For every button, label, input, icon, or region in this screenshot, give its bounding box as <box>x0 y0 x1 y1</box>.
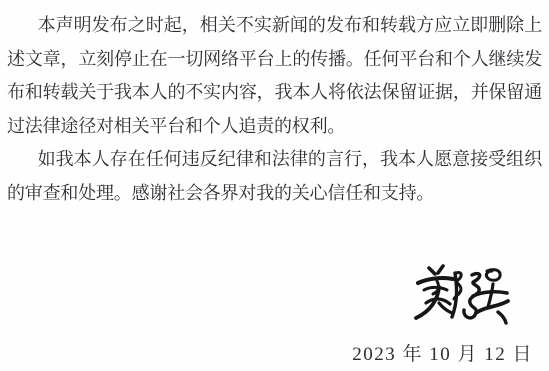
statement-body: 本声明发布之时起，相关不实新闻的发布和转载方应立即删除上述文章，立刻停止在一切网… <box>7 9 542 210</box>
statement-paragraph-2: 如我本人存在任何违反纪律和法律的言行，我本人愿意接受组织的审查和处理。感谢社会各… <box>7 143 542 210</box>
handwritten-signature <box>409 261 511 327</box>
statement-date: 2023 年 10 月 12 日 <box>352 339 533 366</box>
signature-calligraphy-icon <box>409 261 511 327</box>
statement-paragraph-1: 本声明发布之时起，相关不实新闻的发布和转载方应立即删除上述文章，立刻停止在一切网… <box>7 9 542 143</box>
statement-document-page: 本声明发布之时起，相关不实新闻的发布和转载方应立即删除上述文章，立刻停止在一切网… <box>0 0 549 371</box>
